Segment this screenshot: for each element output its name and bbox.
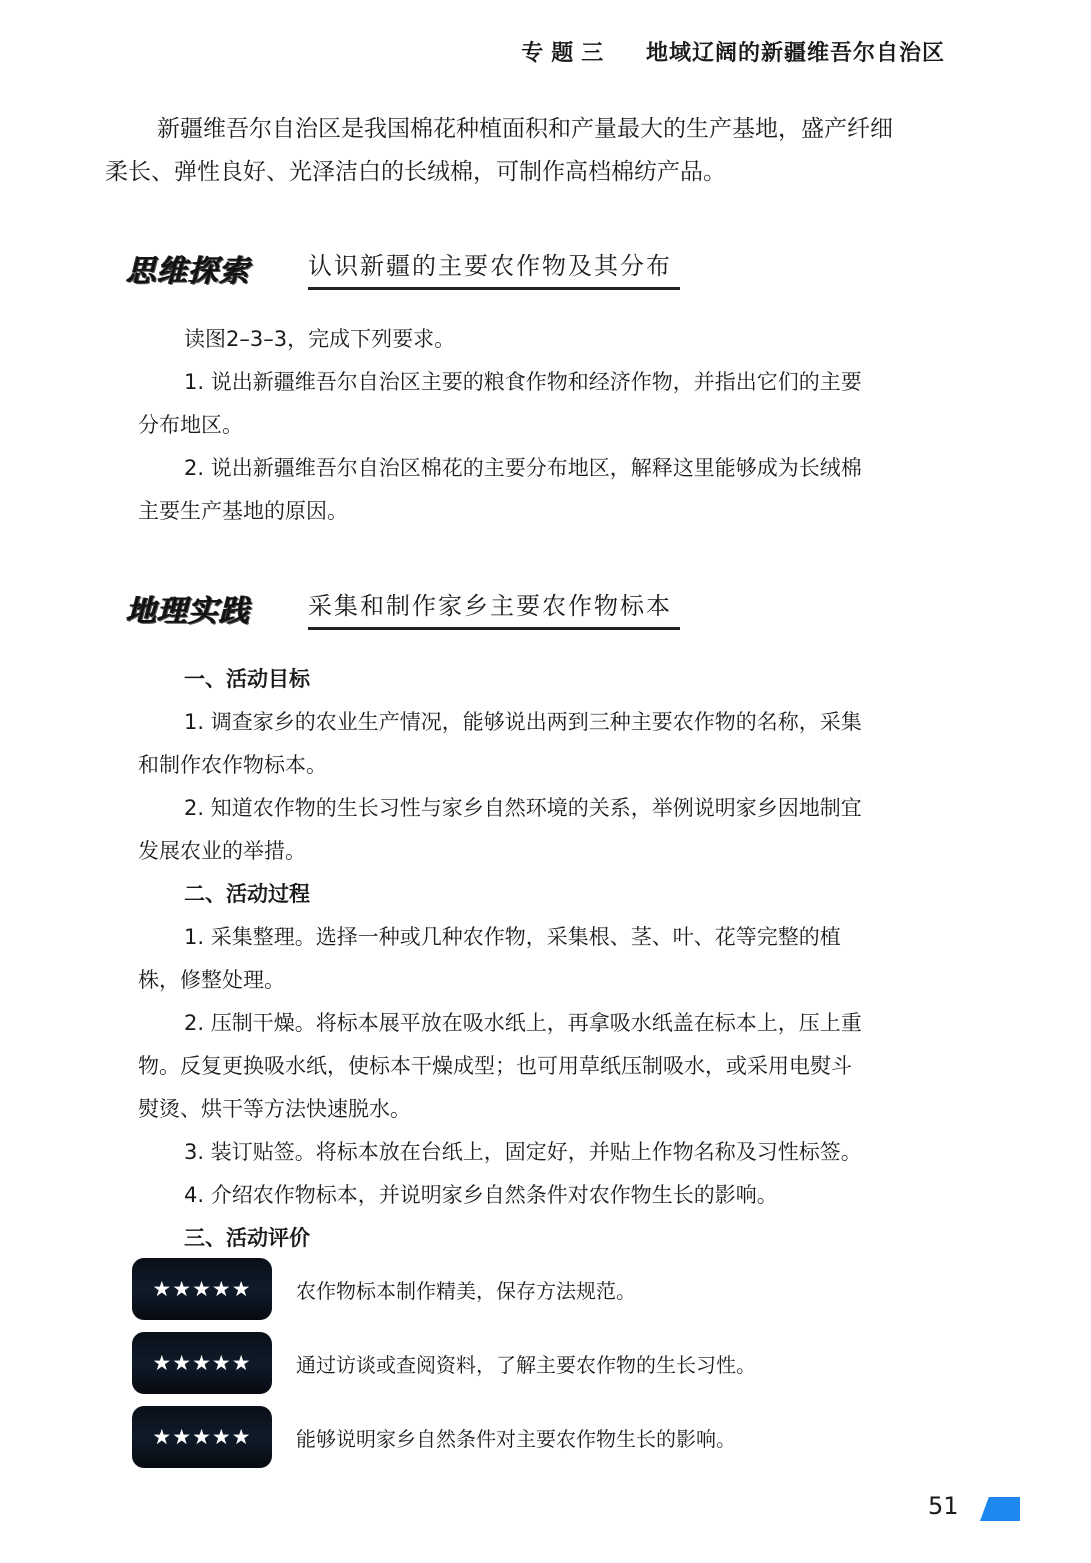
intro-line: 新疆维吾尔自治区是我国棉花种植面积和产量最大的生产基地，盛产纤细	[105, 108, 955, 151]
paragraph-line: 1. 采集整理。选择一种或几种农作物，采集根、茎、叶、花等完整的植	[138, 916, 928, 959]
evaluation-row: ★★★★★ 能够说明家乡自然条件对主要农作物生长的影响。	[132, 1406, 736, 1468]
section-badge: 地理实践	[126, 586, 296, 630]
section-header-practice: 地理实践 采集和制作家乡主要农作物标本	[126, 580, 680, 630]
evaluation-row: ★★★★★ 农作物标本制作精美，保存方法规范。	[132, 1258, 636, 1320]
evaluation-criterion: 通过访谈或查阅资料，了解主要农作物的生长习性。	[296, 1349, 756, 1378]
paragraph-line: 2. 知道农作物的生长习性与家乡自然环境的关系，举例说明家乡因地制宜	[138, 787, 928, 830]
evaluation-criterion: 农作物标本制作精美，保存方法规范。	[296, 1275, 636, 1304]
paragraph-line: 4. 介绍农作物标本，并说明家乡自然条件对农作物生长的影响。	[138, 1174, 928, 1217]
section-header-thinking: 思维探索 认识新疆的主要农作物及其分布	[126, 240, 680, 290]
page-number: 51	[928, 1492, 959, 1520]
paragraph-line: 和制作农作物标本。	[138, 744, 928, 787]
paragraph-line: 主要生产基地的原因。	[138, 490, 928, 533]
chapter-title: 地域辽阔的新疆维吾尔自治区	[646, 41, 945, 66]
paragraph-line: 物。反复更换吸水纸，使标本干燥成型；也可用草纸压制吸水，或采用电熨斗	[138, 1045, 928, 1088]
intro-paragraph: 新疆维吾尔自治区是我国棉花种植面积和产量最大的生产基地，盛产纤细 柔长、弹性良好…	[105, 108, 955, 194]
section-title: 认识新疆的主要农作物及其分布	[308, 246, 680, 290]
subheading: 三、活动评价	[138, 1217, 928, 1260]
paragraph-line: 读图2–3–3，完成下列要求。	[138, 318, 928, 361]
paragraph-line: 发展农业的举措。	[138, 830, 928, 873]
evaluation-criterion: 能够说明家乡自然条件对主要农作物生长的影响。	[296, 1423, 736, 1452]
five-star-rating-icon: ★★★★★	[132, 1406, 272, 1468]
intro-line: 柔长、弹性良好、光泽洁白的长绒棉，可制作高档棉纺产品。	[105, 151, 955, 194]
section2-body: 一、活动目标 1. 调查家乡的农业生产情况，能够说出两到三种主要农作物的名称，采…	[138, 658, 928, 1260]
section-title: 采集和制作家乡主要农作物标本	[308, 586, 680, 630]
paragraph-line: 分布地区。	[138, 404, 928, 447]
paragraph-line: 2. 压制干燥。将标本展平放在吸水纸上，再拿吸水纸盖在标本上，压上重	[138, 1002, 928, 1045]
section-badge: 思维探索	[126, 246, 296, 290]
subheading: 一、活动目标	[138, 658, 928, 701]
chapter-label: 专题三	[521, 41, 611, 66]
evaluation-row: ★★★★★ 通过访谈或查阅资料，了解主要农作物的生长习性。	[132, 1332, 756, 1394]
five-star-rating-icon: ★★★★★	[132, 1332, 272, 1394]
paragraph-line: 1. 说出新疆维吾尔自治区主要的粮食作物和经济作物，并指出它们的主要	[138, 361, 928, 404]
paragraph-line: 2. 说出新疆维吾尔自治区棉花的主要分布地区，解释这里能够成为长绒棉	[138, 447, 928, 490]
subheading: 二、活动过程	[138, 873, 928, 916]
paragraph-line: 株，修整处理。	[138, 959, 928, 1002]
paragraph-line: 1. 调查家乡的农业生产情况，能够说出两到三种主要农作物的名称，采集	[138, 701, 928, 744]
running-head: 专题三 地域辽阔的新疆维吾尔自治区	[521, 36, 945, 67]
section1-body: 读图2–3–3，完成下列要求。 1. 说出新疆维吾尔自治区主要的粮食作物和经济作…	[138, 318, 928, 533]
paragraph-line: 3. 装订贴签。将标本放在台纸上，固定好，并贴上作物名称及习性标签。	[138, 1131, 928, 1174]
paragraph-line: 熨烫、烘干等方法快速脱水。	[138, 1088, 928, 1131]
page-corner-tab-icon	[980, 1497, 1020, 1521]
five-star-rating-icon: ★★★★★	[132, 1258, 272, 1320]
